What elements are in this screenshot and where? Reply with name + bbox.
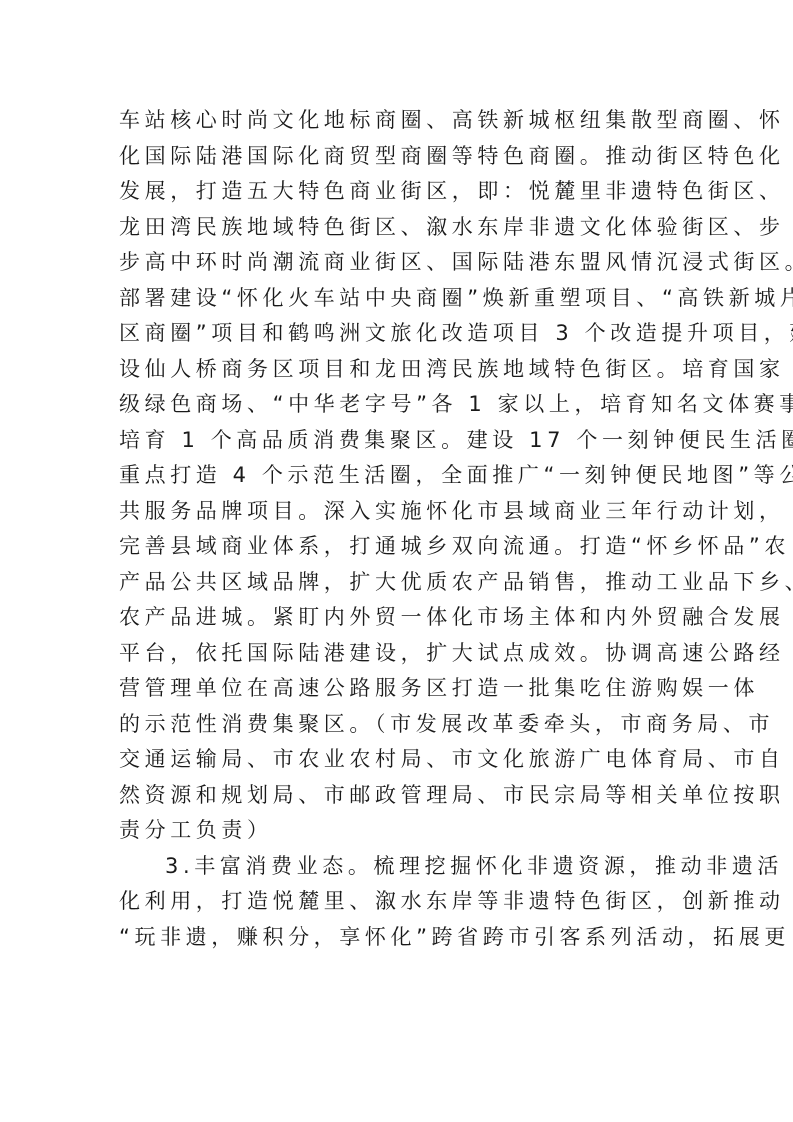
text-line: 的示范性消费集聚区。（市发展改革委牵头，市商务局、市 [119, 707, 679, 743]
text-line: 培育 1 个高品质消费集聚区。建设 17 个一刻钟便民生活圈， [119, 423, 679, 459]
text-line: 化国际陆港国际化商贸型商圈等特色商圈。推动街区特色化 [119, 139, 679, 175]
text-line: 部署建设“怀化火车站中央商圈”焕新重塑项目、“高铁新城片 [119, 281, 679, 317]
text-line: “玩非遗，赚积分，享怀化”跨省跨市引客系列活动，拓展更 [119, 920, 679, 956]
text-line: 设仙人桥商务区项目和龙田湾民族地域特色街区。培育国家 [119, 352, 679, 388]
text-line: 车站核心时尚文化地标商圈、高铁新城枢纽集散型商圈、怀 [119, 103, 679, 139]
text-line: 共服务品牌项目。深入实施怀化市县域商业三年行动计划， [119, 494, 679, 530]
text-line: 级绿色商场、“中华老字号”各 1 家以上，培育知名文体赛事， [119, 387, 679, 423]
text-line: 步高中环时尚潮流商业街区、国际陆港东盟风情沉浸式街区。 [119, 245, 679, 281]
text-line: 交通运输局、市农业农村局、市文化旅游广电体育局、市自 [119, 742, 679, 778]
text-line: 发展，打造五大特色商业街区，即：悦麓里非遗特色街区、 [119, 174, 679, 210]
text-line: 重点打造 4 个示范生活圈，全面推广“一刻钟便民地图”等公 [119, 458, 679, 494]
text-line: 农产品进城。紧盯内外贸一体化市场主体和内外贸融合发展 [119, 600, 679, 636]
text-line: 然资源和规划局、市邮政管理局、市民宗局等相关单位按职 [119, 778, 679, 814]
body-text: 车站核心时尚文化地标商圈、高铁新城枢纽集散型商圈、怀化国际陆港国际化商贸型商圈等… [119, 103, 679, 955]
text-line: 产品公共区域品牌，扩大优质农产品销售，推动工业品下乡、 [119, 565, 679, 601]
text-line: 完善县域商业体系，打通城乡双向流通。打造“怀乡怀品”农 [119, 529, 679, 565]
text-line: 平台，依托国际陆港建设，扩大试点成效。协调高速公路经 [119, 636, 679, 672]
text-line: 责分工负责） [119, 813, 679, 849]
document-page: 车站核心时尚文化地标商圈、高铁新城枢纽集散型商圈、怀化国际陆港国际化商贸型商圈等… [0, 0, 793, 1122]
text-line: 龙田湾民族地域特色街区、溆水东岸非遗文化体验街区、步 [119, 210, 679, 246]
text-line: 营管理单位在高速公路服务区打造一批集吃住游购娱一体 [119, 671, 679, 707]
text-line: 化利用，打造悦麓里、溆水东岸等非遗特色街区，创新推动 [119, 884, 679, 920]
paragraph-heading-line: 3.丰富消费业态。梳理挖掘怀化非遗资源，推动非遗活 [119, 849, 679, 885]
text-line: 区商圈”项目和鹤鸣洲文旅化改造项目 3 个改造提升项目，建 [119, 316, 679, 352]
